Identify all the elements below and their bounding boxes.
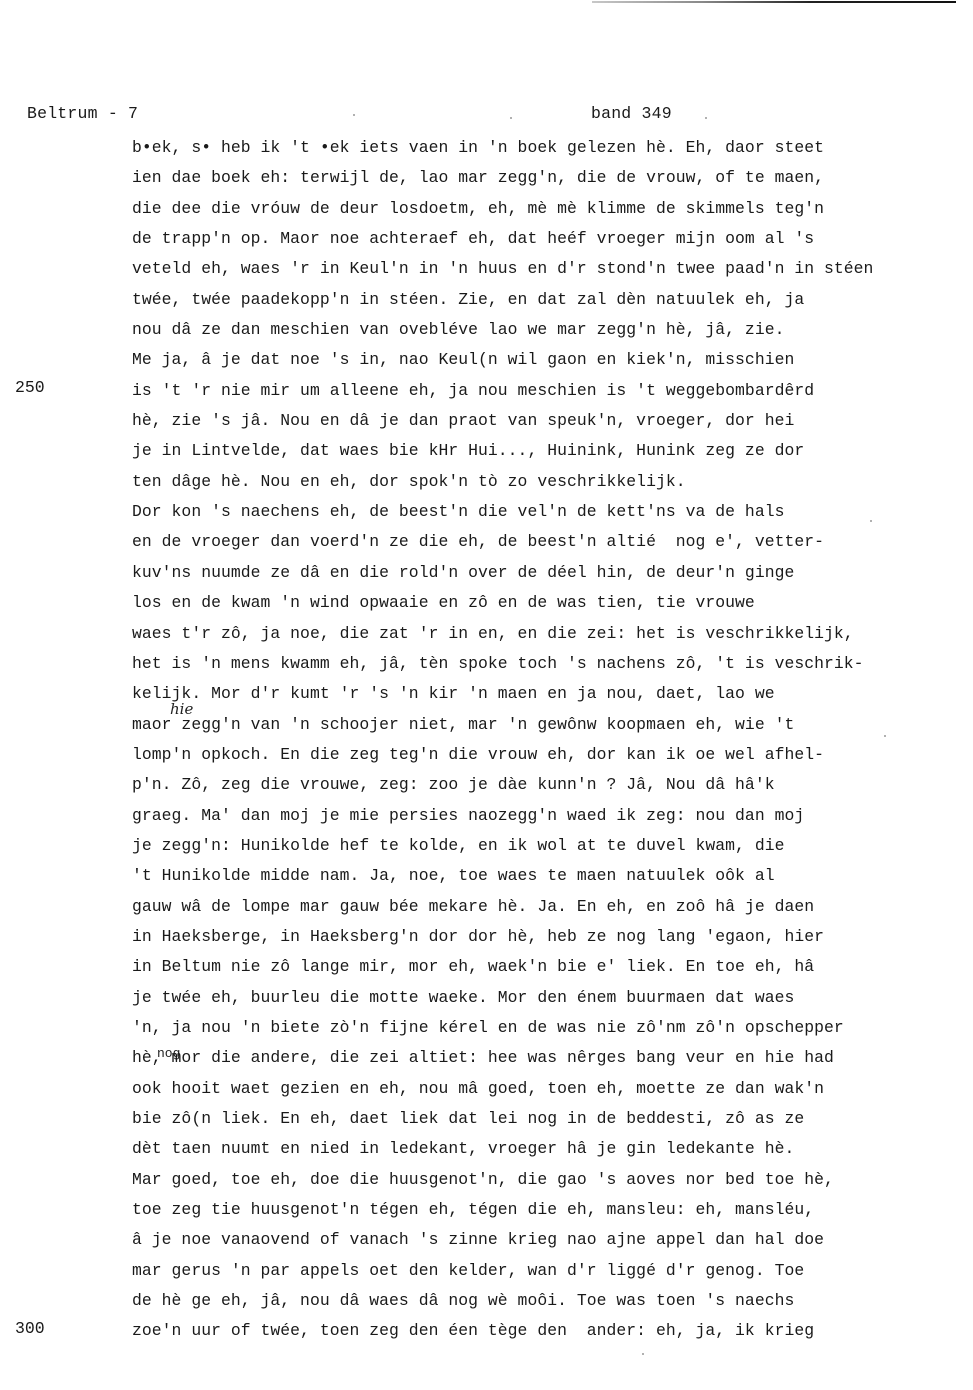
scan-speck bbox=[870, 520, 872, 522]
transcript-line: Dor kon 's naechens eh, de beest'n die v… bbox=[132, 500, 952, 530]
transcript-line: je zegg'n: Hunikolde hef te kolde, en ik… bbox=[132, 834, 952, 864]
transcript-line: waes t'r zô, ja noe, die zat 'r in en, e… bbox=[132, 622, 952, 652]
transcript-line: gauw wâ de lompe mar gauw bée mekare hè.… bbox=[132, 895, 952, 925]
transcript-line: mar gerus 'n par appels oet den kelder, … bbox=[132, 1259, 952, 1289]
transcript-line: graeg. Ma' dan moj je mie persies naozeg… bbox=[132, 804, 952, 834]
transcript-line: het is 'n mens kwamm eh, jâ, tèn spoke t… bbox=[132, 652, 952, 682]
transcript-line: toe zeg tie huusgenot'n tégen eh, tégen … bbox=[132, 1198, 952, 1228]
transcript-line: de trapp'n op. Maor noe achteraef eh, da… bbox=[132, 227, 952, 257]
transcript-line: is 't 'r nie mir um alleene eh, ja nou m… bbox=[132, 379, 952, 409]
transcript-line: ten dâge hè. Nou en eh, dor spok'n tò zo… bbox=[132, 470, 952, 500]
transcript-line: b•ek, s• heb ik 't •ek iets vaen in 'n b… bbox=[132, 136, 952, 166]
transcript-line: in Haeksberge, in Haeksberg'n dor dor hè… bbox=[132, 925, 952, 955]
margin-line-number-300: 300 bbox=[15, 1319, 45, 1338]
transcript-line: los en de kwam 'n wind opwaaie en zô en … bbox=[132, 591, 952, 621]
transcript-line: ook hooit waet gezien en eh, nou mâ goed… bbox=[132, 1077, 952, 1107]
top-edge-rule bbox=[592, 1, 956, 3]
page-location-label: Beltrum - 7 bbox=[27, 104, 138, 123]
scan-speck bbox=[884, 735, 886, 737]
transcript-line: je twée eh, buurleu die motte waeke. Mor… bbox=[132, 986, 952, 1016]
transcript-line: 't Hunikolde midde nam. Ja, noe, toe wae… bbox=[132, 864, 952, 894]
transcript-line: lomp'n opkoch. En die zeg teg'n die vrou… bbox=[132, 743, 952, 773]
transcript-line: bie zô(n liek. En eh, daet liek dat lei … bbox=[132, 1107, 952, 1137]
transcript-line: ien dae boek eh: terwijl de, lao mar zeg… bbox=[132, 166, 952, 196]
transcript-line: veteld eh, waes 'r in Keul'n in 'n huus … bbox=[132, 257, 952, 287]
margin-line-number-250: 250 bbox=[15, 378, 45, 397]
transcript-line: nou dâ ze dan meschien van ovebléve lao … bbox=[132, 318, 952, 348]
transcript-line: p'n. Zô, zeg die vrouwe, zeg: zoo je dàe… bbox=[132, 773, 952, 803]
transcript-line: kelijk. Mor d'r kumt 'r 's 'n kir 'n mae… bbox=[132, 682, 952, 712]
scan-speck bbox=[642, 1353, 644, 1355]
scan-speck bbox=[353, 114, 355, 116]
scan-speck bbox=[705, 117, 707, 119]
transcript-line: kuv'ns nuumde ze dâ en die rold'n over d… bbox=[132, 561, 952, 591]
transcript-line: Me ja, â je dat noe 's in, nao Keul(n wi… bbox=[132, 348, 952, 378]
transcript-line: twée, twée paadekopp'n in stéen. Zie, en… bbox=[132, 288, 952, 318]
transcript-line: 'n, ja nou 'n biete zò'n fijne kérel en … bbox=[132, 1016, 952, 1046]
tape-number-label: band 349 bbox=[591, 104, 672, 123]
transcript-line: â je noe vanaovend of vanach 's zinne kr… bbox=[132, 1228, 952, 1258]
scan-speck bbox=[510, 117, 512, 119]
transcript-line: de hè ge eh, jâ, nou dâ waes dâ nog wè m… bbox=[132, 1289, 952, 1319]
transcript-line: je in Lintvelde, dat waes bie kHr Hui...… bbox=[132, 439, 952, 469]
transcript-line: maor zegg'n van 'n schoojer niet, mar 'n… bbox=[132, 713, 952, 743]
transcript-line: die dee die vróuw de deur losdoetm, eh, … bbox=[132, 197, 952, 227]
transcript-line: en de vroeger dan voerd'n ze die eh, de … bbox=[132, 530, 952, 560]
transcript-line: hè, mor die andere, die zei altiet: hee … bbox=[132, 1046, 952, 1076]
transcript-line: in Beltum nie zô lange mir, mor eh, waek… bbox=[132, 955, 952, 985]
transcript-line: dèt taen nuumt en nied in ledekant, vroe… bbox=[132, 1137, 952, 1167]
transcript-line: hè, zie 's jâ. Nou en dâ je dan praot va… bbox=[132, 409, 952, 439]
transcript-line: zoe'n uur of twée, toen zeg den éen tège… bbox=[132, 1319, 952, 1349]
transcript-body: b•ek, s• heb ik 't •ek iets vaen in 'n b… bbox=[132, 136, 952, 1350]
transcript-line: Mar goed, toe eh, doe die huusgenot'n, d… bbox=[132, 1168, 952, 1198]
page-header: Beltrum - 7 band 349 bbox=[0, 104, 973, 128]
